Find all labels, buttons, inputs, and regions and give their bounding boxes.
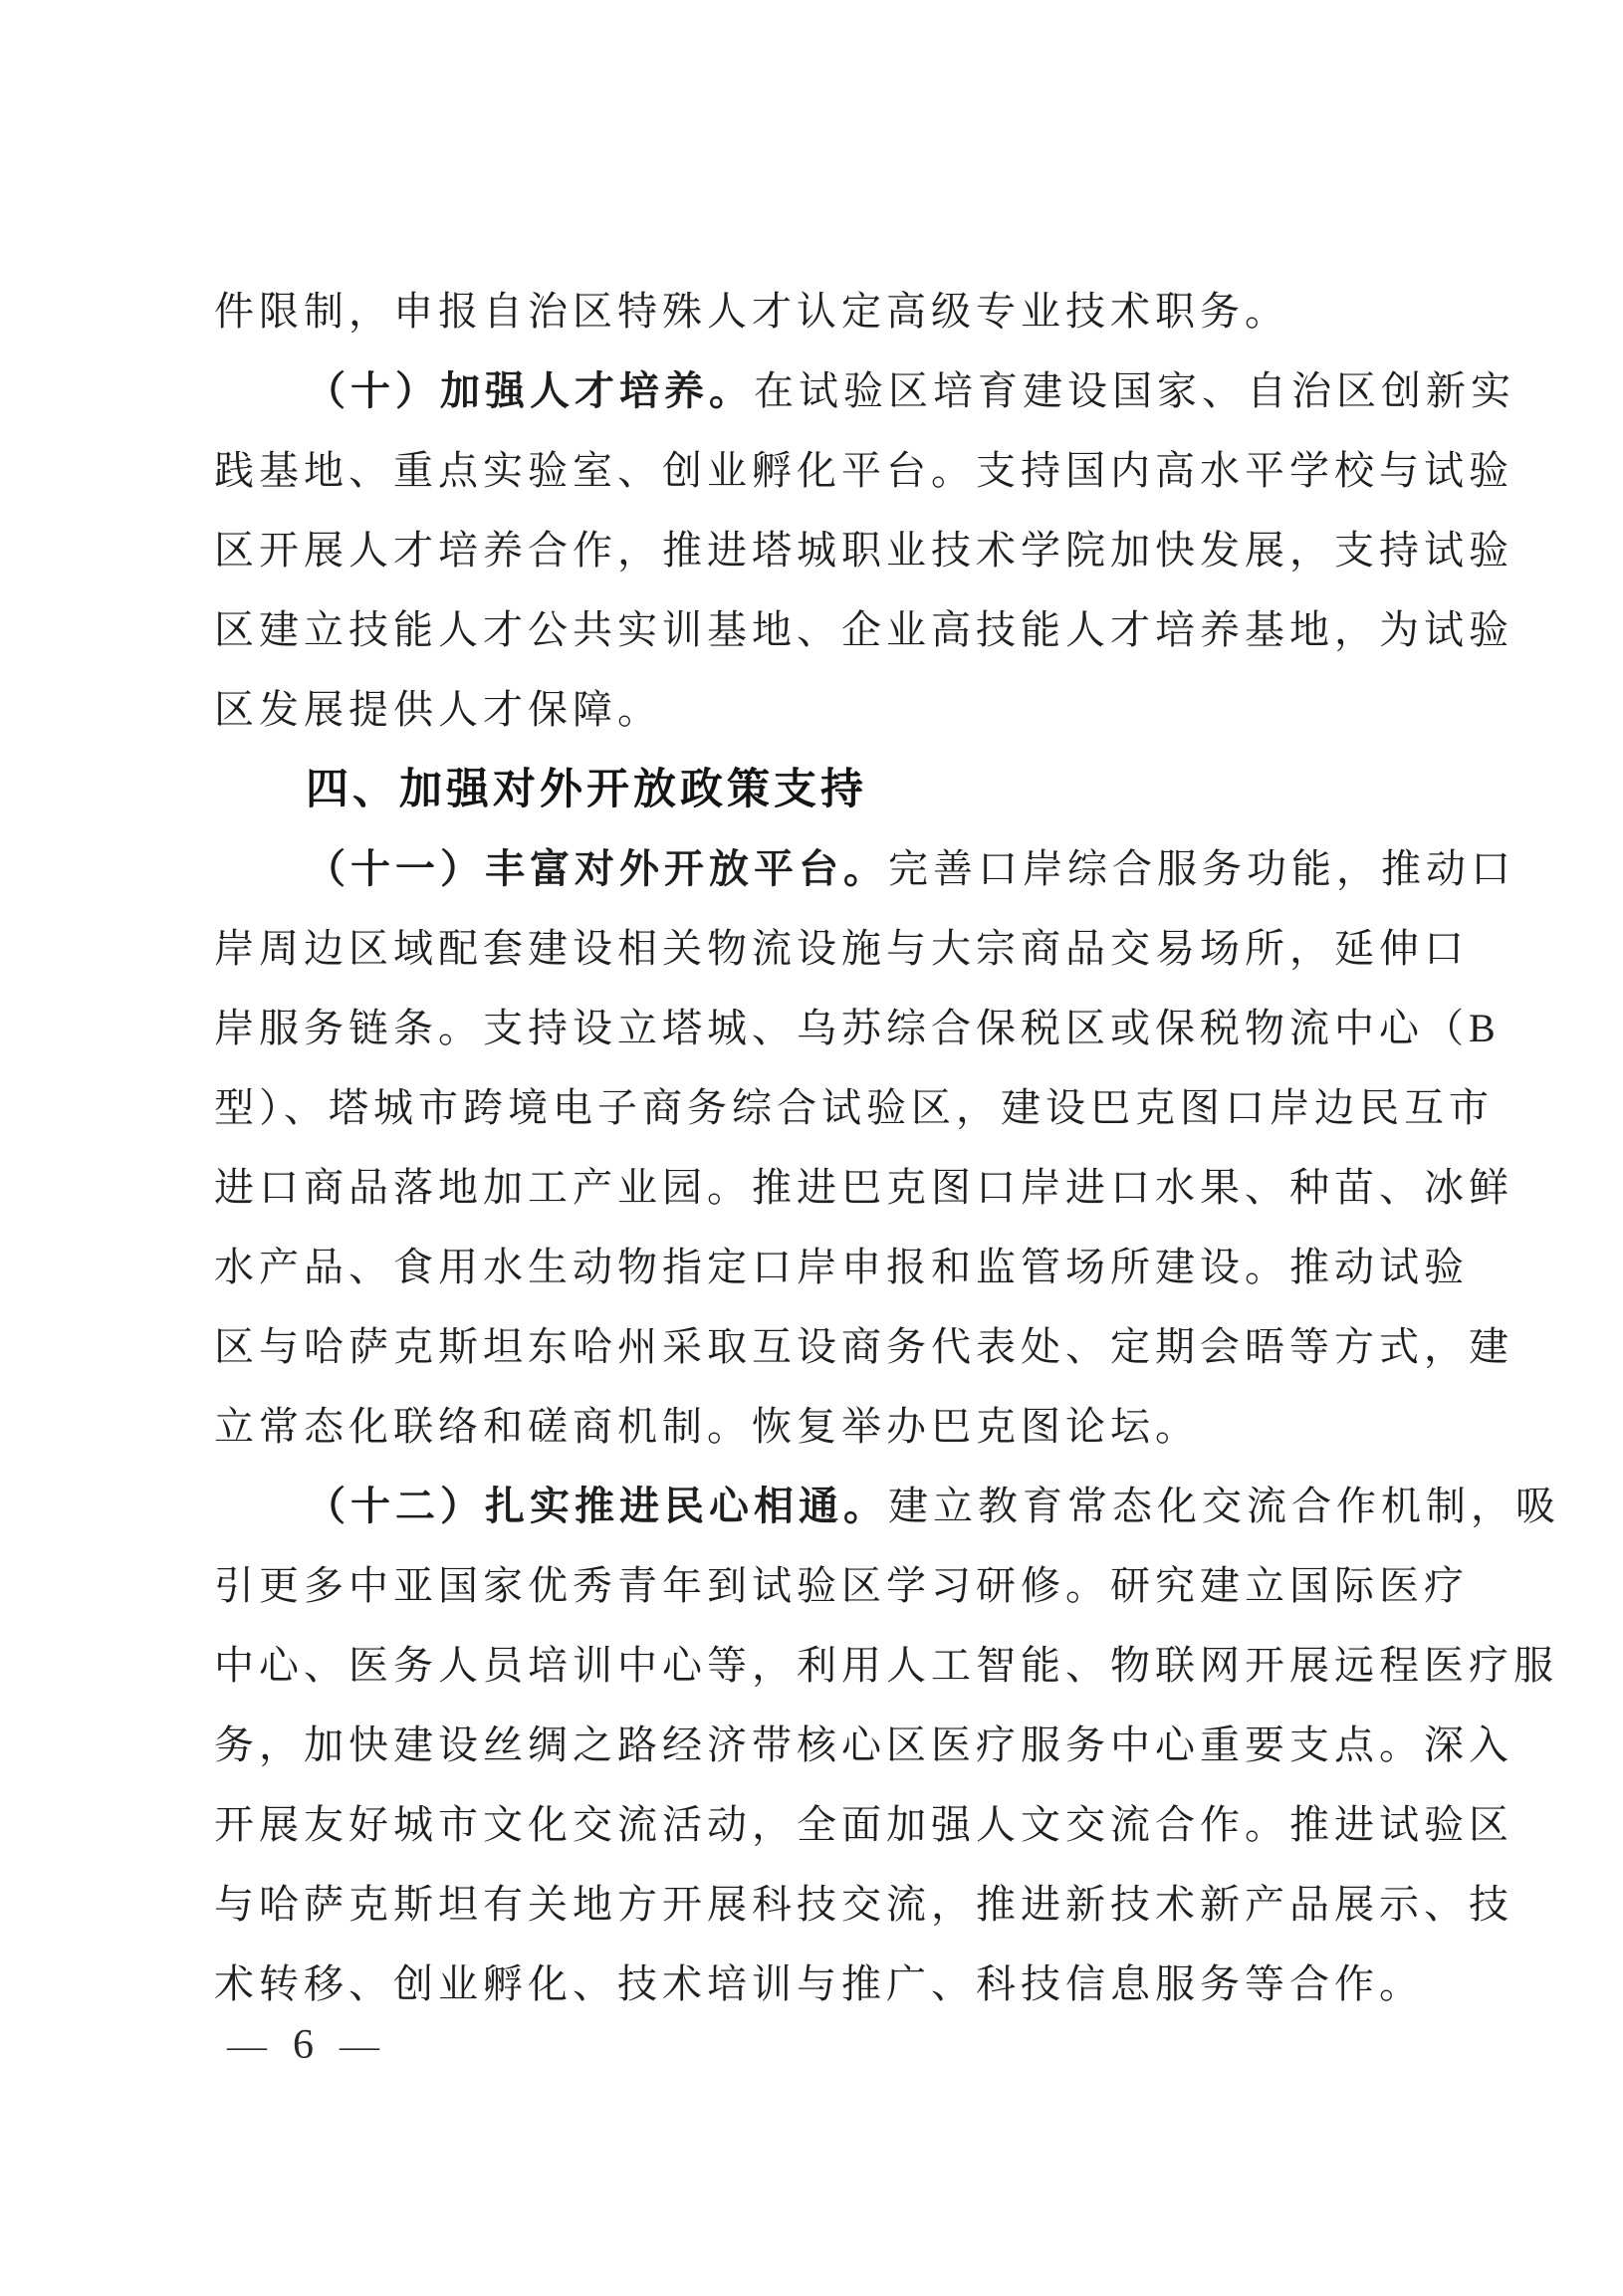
body-line: 立常态化联络和磋商机制。恢复举办巴克图论坛。 (214, 1387, 1469, 1467)
body-text: 术转移、创业孵化、技术培训与推广、科技信息服务等合作。 (214, 1961, 1424, 2006)
page-number: 6 (293, 2021, 314, 2069)
body-line: （十二）扎实推进民心相通。建立教育常态化交流合作机制，吸 (214, 1467, 1469, 1546)
body-line: 区建立技能人才公共实训基地、企业高技能人才培养基地，为试验 (214, 590, 1469, 670)
body-line: 践基地、重点实验室、创业孵化平台。支持国内高水平学校与试验 (214, 431, 1469, 511)
body-line: 与哈萨克斯坦有关地方开展科技交流，推进新技术新产品展示、技 (214, 1865, 1469, 1945)
body-line: 开展友好城市文化交流活动，全面加强人文交流合作。推进试验区 (214, 1785, 1469, 1865)
body-text: 开展友好城市文化交流活动，全面加强人文交流合作。推进试验区 (214, 1802, 1513, 1847)
body-text: 岸服务链条。支持设立塔城、乌苏综合保税区或保税物流中心（B (214, 1006, 1501, 1050)
body-line: 型）、塔城市跨境电子商务综合试验区，建设巴克图口岸边民互市 (214, 1068, 1469, 1148)
body-text: 型）、塔城市跨境电子商务综合试验区，建设巴克图口岸边民互市 (214, 1085, 1494, 1130)
body-text: 与哈萨克斯坦有关地方开展科技交流，推进新技术新产品展示、技 (214, 1882, 1513, 1927)
body-text: 件限制，申报自治区特殊人才认定高级专业技术职务。 (214, 289, 1289, 334)
document-body: 件限制，申报自治区特殊人才认定高级专业技术职务。 （十）加强人才培养。在试验区培… (214, 272, 1469, 2024)
body-line: 水产品、食用水生动物指定口岸申报和监管场所建设。推动试验 (214, 1228, 1469, 1307)
body-line: 件限制，申报自治区特殊人才认定高级专业技术职务。 (214, 272, 1469, 351)
body-line: 区发展提供人才保障。 (214, 670, 1469, 750)
body-line: （十）加强人才培养。在试验区培育建设国家、自治区创新实 (214, 351, 1469, 431)
paragraph-lead: （十二）扎实推进民心相通。 (306, 1484, 888, 1528)
body-text: 在试验区培育建设国家、自治区创新实 (754, 368, 1515, 413)
paragraph-lead: （十一）丰富对外开放平台。 (306, 846, 888, 891)
body-text: 完善口岸综合服务功能，推动口 (888, 846, 1515, 891)
footer-dash-left: — (227, 2026, 267, 2064)
body-text: 建立教育常态化交流合作机制，吸 (888, 1484, 1560, 1528)
body-line: 引更多中亚国家优秀青年到试验区学习研修。研究建立国际医疗 (214, 1546, 1469, 1626)
body-line: 进口商品落地加工产业园。推进巴克图口岸进口水果、种苗、冰鲜 (214, 1148, 1469, 1228)
body-text: 进口商品落地加工产业园。推进巴克图口岸进口水果、种苗、冰鲜 (214, 1165, 1513, 1210)
paragraph-lead: （十）加强人才培养。 (306, 368, 754, 413)
body-line: 岸服务链条。支持设立塔城、乌苏综合保税区或保税物流中心（B (214, 989, 1469, 1068)
body-text: 践基地、重点实验室、创业孵化平台。支持国内高水平学校与试验 (214, 448, 1513, 493)
body-line: 术转移、创业孵化、技术培训与推广、科技信息服务等合作。 (214, 1945, 1469, 2024)
section-heading: 四、加强对外开放政策支持 (214, 750, 1469, 829)
body-text: 区与哈萨克斯坦东哈州采取互设商务代表处、定期会晤等方式，建 (214, 1324, 1513, 1369)
body-text: 立常态化联络和磋商机制。恢复举办巴克图论坛。 (214, 1404, 1200, 1449)
document-page: 件限制，申报自治区特殊人才认定高级专业技术职务。 （十）加强人才培养。在试验区培… (0, 0, 1623, 2296)
body-line: 区与哈萨克斯坦东哈州采取互设商务代表处、定期会晤等方式，建 (214, 1307, 1469, 1387)
body-text: 区发展提供人才保障。 (214, 687, 662, 732)
body-text: 引更多中亚国家优秀青年到试验区学习研修。研究建立国际医疗 (214, 1563, 1469, 1608)
body-line: 区开展人才培养合作，推进塔城职业技术学院加快发展，支持试验 (214, 511, 1469, 590)
body-text: 中心、医务人员培训中心等，利用人工智能、物联网开展远程医疗服 (214, 1643, 1558, 1688)
body-text: 水产品、食用水生动物指定口岸申报和监管场所建设。推动试验 (214, 1245, 1469, 1289)
body-text: 区建立技能人才公共实训基地、企业高技能人才培养基地，为试验 (214, 607, 1513, 652)
page-footer: — 6 — (227, 2019, 379, 2071)
footer-dash-right: — (340, 2026, 379, 2064)
body-line: 岸周边区域配套建设相关物流设施与大宗商品交易场所，延伸口 (214, 909, 1469, 989)
body-line: 务，加快建设丝绸之路经济带核心区医疗服务中心重要支点。深入 (214, 1706, 1469, 1785)
body-line: （十一）丰富对外开放平台。完善口岸综合服务功能，推动口 (214, 829, 1469, 909)
body-text: 务，加快建设丝绸之路经济带核心区医疗服务中心重要支点。深入 (214, 1722, 1513, 1767)
body-line: 中心、医务人员培训中心等，利用人工智能、物联网开展远程医疗服 (214, 1626, 1469, 1706)
section-heading-text: 四、加强对外开放政策支持 (306, 766, 867, 813)
body-text: 岸周边区域配套建设相关物流设施与大宗商品交易场所，延伸口 (214, 926, 1469, 971)
body-text: 区开展人才培养合作，推进塔城职业技术学院加快发展，支持试验 (214, 528, 1513, 573)
